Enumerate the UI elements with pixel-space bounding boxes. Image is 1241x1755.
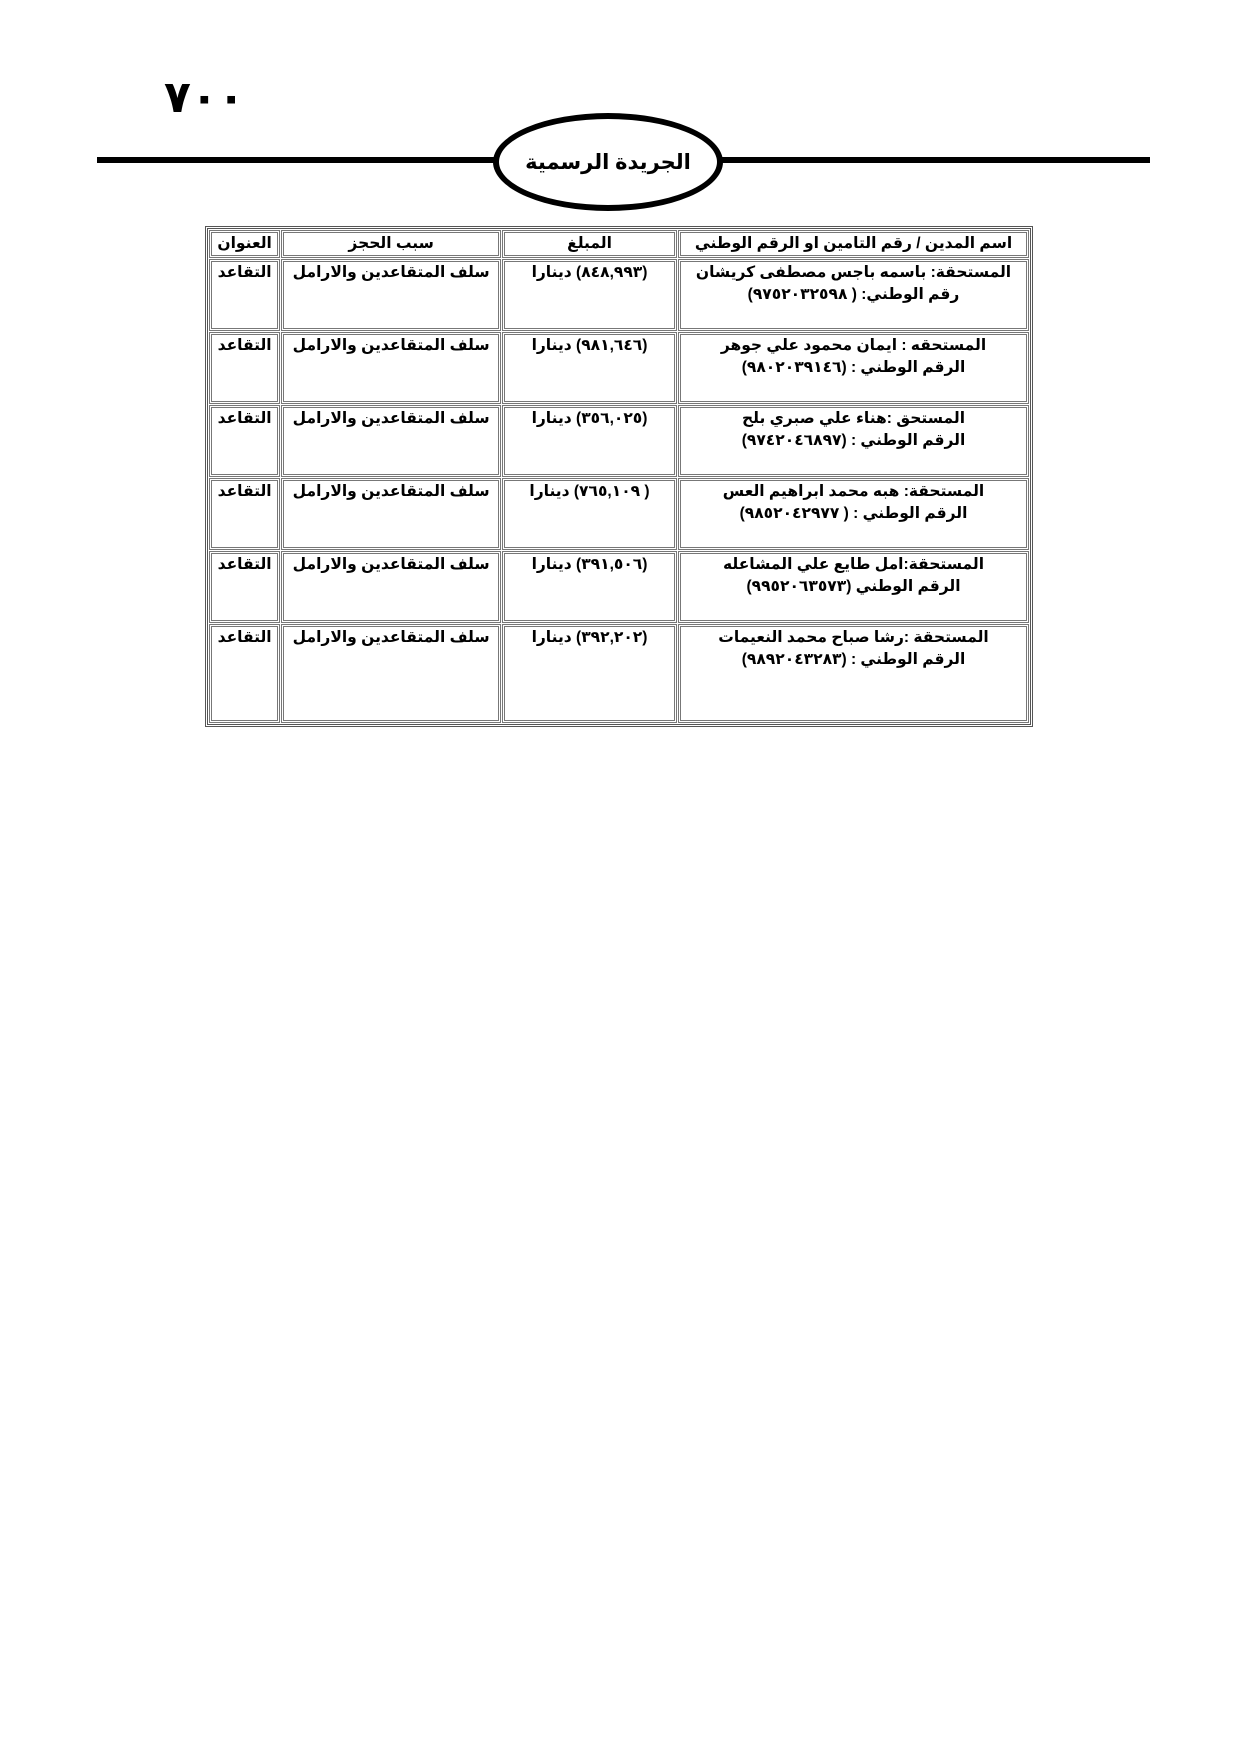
cell-amount: (٩٨١,٦٤٦) دينارا [502,332,677,404]
national-id: رقم الوطني: ( ٩٧٥٢٠٣٢٥٩٨) [685,284,1022,306]
table-row: المستحق :هناء علي صبري بلح الرقم الوطني … [209,405,1029,477]
masthead-oval: الجريدة الرسمية [493,113,723,211]
cell-reason: سلف المتقاعدين والارامل [281,332,501,404]
cell-reason: سلف المتقاعدين والارامل [281,405,501,477]
national-id: الرقم الوطني (٩٩٥٢٠٦٣٥٧٣) [685,576,1022,598]
table-row: المستحقه : ايمان محمود علي جوهر الرقم ال… [209,332,1029,404]
debtor-name: المستحق :هناء علي صبري بلح [685,408,1022,430]
cell-amount: ( ٧٦٥,١٠٩) دينارا [502,478,677,550]
debtor-name: المستحقة: باسمه باجس مصطفى كريشان [685,262,1022,284]
cell-name: المستحقة: هبه محمد ابراهيم العس الرقم ال… [678,478,1029,550]
cell-amount: (٣٩١,٥٠٦) دينارا [502,551,677,623]
header-amount: المبلغ [502,230,677,258]
header-reason: سبب الحجز [281,230,501,258]
table-row: المستحقة: هبه محمد ابراهيم العس الرقم ال… [209,478,1029,550]
cell-name: المستحقه : ايمان محمود علي جوهر الرقم ال… [678,332,1029,404]
cell-amount: (٣٥٦,٠٢٥) دينارا [502,405,677,477]
cell-address: التقاعد [209,332,280,404]
cell-address: التقاعد [209,259,280,331]
masthead-title: الجريدة الرسمية [525,150,691,175]
national-id: الرقم الوطني : ( ٩٨٥٢٠٤٢٩٧٧) [685,503,1022,525]
cell-address: التقاعد [209,624,280,723]
page-number: ٧٠٠ [164,76,245,120]
table-row: المستحقة :رشا صباح محمد النعيمات الرقم ا… [209,624,1029,723]
cell-amount: (٣٩٢,٢٠٢) دينارا [502,624,677,723]
cell-reason: سلف المتقاعدين والارامل [281,259,501,331]
table-row: المستحقة:امل طايع علي المشاعله الرقم الو… [209,551,1029,623]
header-name: اسم المدين / رقم التامين او الرقم الوطني [678,230,1029,258]
cell-amount: (٨٤٨,٩٩٣) دينارا [502,259,677,331]
cell-name: المستحق :هناء علي صبري بلح الرقم الوطني … [678,405,1029,477]
cell-address: التقاعد [209,478,280,550]
cell-name: المستحقة :رشا صباح محمد النعيمات الرقم ا… [678,624,1029,723]
cell-reason: سلف المتقاعدين والارامل [281,624,501,723]
debtor-name: المستحقه : ايمان محمود علي جوهر [685,335,1022,357]
debtor-name: المستحقة :رشا صباح محمد النعيمات [685,627,1022,649]
cell-name: المستحقة: باسمه باجس مصطفى كريشان رقم ال… [678,259,1029,331]
header-rule-right [720,157,1150,163]
cell-address: التقاعد [209,405,280,477]
header-rule-left [97,157,497,163]
table-row: المستحقة: باسمه باجس مصطفى كريشان رقم ال… [209,259,1029,331]
national-id: الرقم الوطني : (٩٨٠٢٠٣٩١٤٦) [685,357,1022,379]
national-id: الرقم الوطني : (٩٧٤٢٠٤٦٨٩٧) [685,430,1022,452]
debtor-name: المستحقة:امل طايع علي المشاعله [685,554,1022,576]
table-header-row: اسم المدين / رقم التامين او الرقم الوطني… [209,230,1029,258]
seizure-table: اسم المدين / رقم التامين او الرقم الوطني… [205,226,1033,727]
debtor-name: المستحقة: هبه محمد ابراهيم العس [685,481,1022,503]
header-address: العنوان [209,230,280,258]
cell-reason: سلف المتقاعدين والارامل [281,551,501,623]
cell-address: التقاعد [209,551,280,623]
cell-name: المستحقة:امل طايع علي المشاعله الرقم الو… [678,551,1029,623]
cell-reason: سلف المتقاعدين والارامل [281,478,501,550]
national-id: الرقم الوطني : (٩٨٩٢٠٤٣٢٨٣) [685,649,1022,671]
